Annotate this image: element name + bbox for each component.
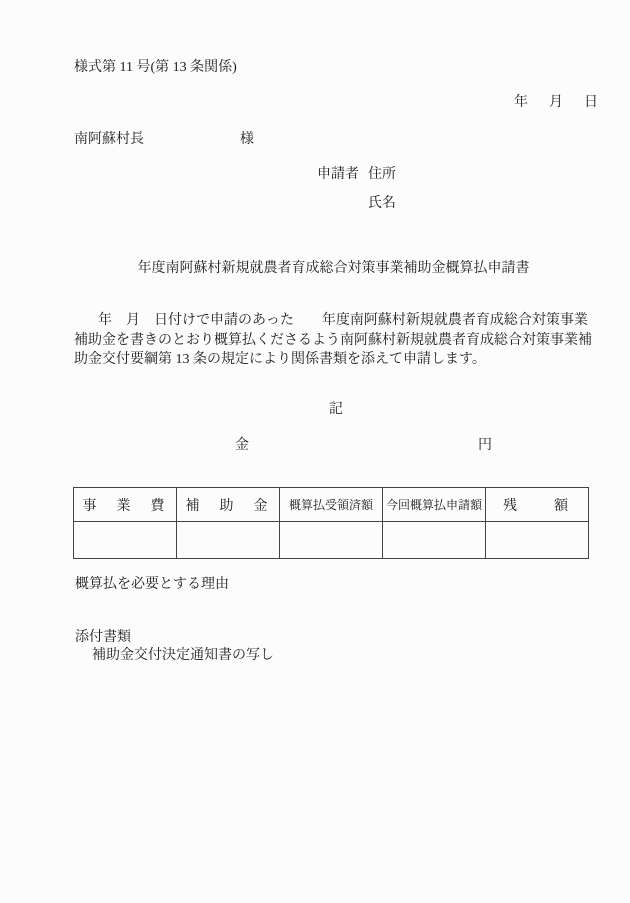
payment-breakdown-table: 事 業 費 補 助 金 概算払受領済額 今回概算払申請額 残 額 <box>73 487 589 559</box>
body-paragraph: 年 月 日付けで申請のあった 年度南阿蘇村新規就農者育成総合対策事業 補助金を書… <box>74 311 598 370</box>
cell-received-amount <box>280 522 383 559</box>
attachment-item: 補助金交付決定通知書の写し <box>92 648 274 664</box>
cell-requested-amount <box>383 522 486 559</box>
body-paragraph-line: 年 月 日付けで申請のあった 年度南阿蘇村新規就農者育成総合対策事業 <box>74 311 598 331</box>
recipient-honorific: 様 <box>240 132 254 148</box>
cell-subsidy <box>177 522 280 559</box>
recipient-name: 南阿蘇村長 <box>74 132 144 148</box>
header-requested-amount: 今回概算払申請額 <box>383 488 486 522</box>
cell-balance <box>486 522 589 559</box>
header-project-cost: 事 業 費 <box>74 488 177 522</box>
form-page: 様式第 11 号(第 13 条関係) 年 月 日 南阿蘇村長 様 申請者 住所 … <box>0 0 630 903</box>
form-number: 様式第 11 号(第 13 条関係) <box>74 60 237 76</box>
table-header-row: 事 業 費 補 助 金 概算払受領済額 今回概算払申請額 残 額 <box>74 488 589 522</box>
applicant-label: 申請者 <box>317 167 359 183</box>
reason-label: 概算払を必要とする理由 <box>75 577 229 593</box>
amount-prefix-label: 金 <box>235 438 249 454</box>
header-balance: 残 額 <box>486 488 589 522</box>
table-row <box>74 522 589 559</box>
cell-project-cost <box>74 522 177 559</box>
date-line: 年 月 日 <box>514 95 602 111</box>
header-received-amount: 概算払受領済額 <box>280 488 383 522</box>
amount-suffix-label: 円 <box>478 438 492 454</box>
applicant-name-label: 氏名 <box>368 196 396 212</box>
document-title: 年度南阿蘇村新規就農者育成総合対策事業補助金概算払申請書 <box>74 261 593 277</box>
attachments-label: 添付書類 <box>75 630 131 646</box>
applicant-address-label: 住所 <box>368 167 396 183</box>
body-paragraph-line: 補助金を書きのとおり概算払くださるよう南阿蘇村新規就農者育成総合対策事業補 <box>74 331 598 351</box>
body-paragraph-line: 助金交付要綱第 13 条の規定により関係書類を添えて申請します。 <box>74 350 598 370</box>
header-subsidy: 補 助 金 <box>177 488 280 522</box>
section-marker: 記 <box>74 402 598 418</box>
